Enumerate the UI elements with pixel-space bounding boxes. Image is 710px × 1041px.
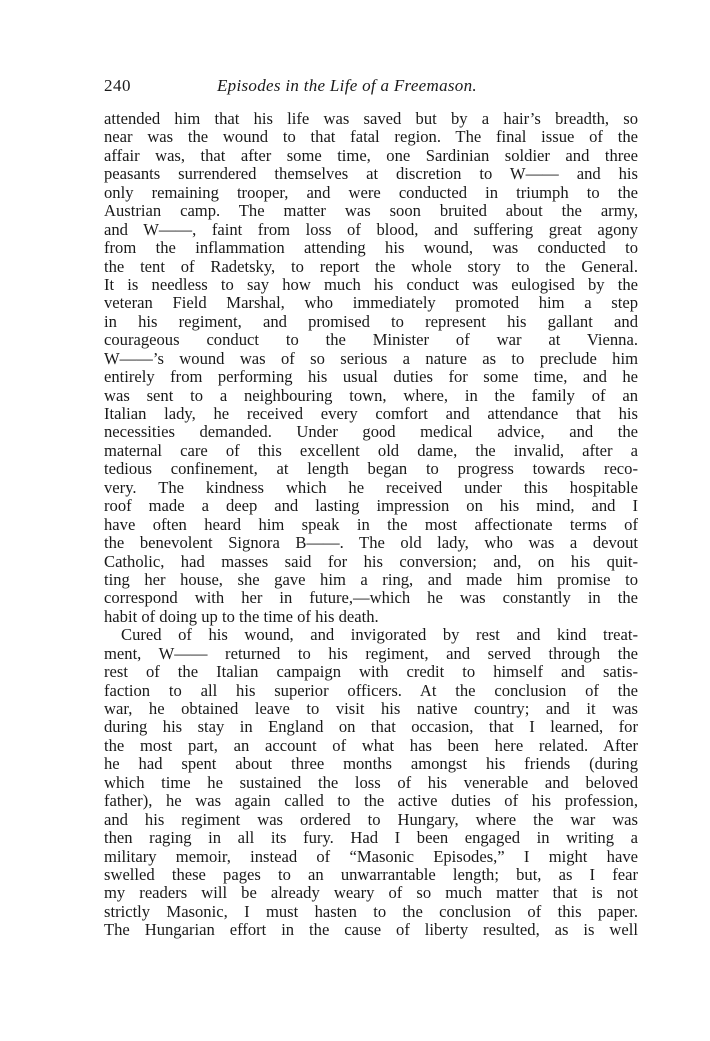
text-line: and his regiment was ordered to Hungary,… [104, 811, 638, 829]
text-line: affair was, that after some time, one Sa… [104, 147, 638, 165]
text-line: only remaining trooper, and were conduct… [104, 184, 638, 202]
text-line: was sent to a neighbouring town, where, … [104, 387, 638, 405]
text-line: military memoir, instead of “Masonic Epi… [104, 848, 638, 866]
page-number: 240 [104, 74, 131, 98]
text-line: It is needless to say how much his condu… [104, 276, 638, 294]
text-line: have often heard him speak in the most a… [104, 516, 638, 534]
text-line: veteran Field Marshal, who immediately p… [104, 294, 638, 312]
text-line: maternal care of this excellent old dame… [104, 442, 638, 460]
text-line: during his stay in England on that occas… [104, 718, 638, 736]
text-line: ment, W—— returned to his regiment, and … [104, 645, 638, 663]
text-line: from the inflammation attending his woun… [104, 239, 638, 257]
text-line: which time he sustained the loss of his … [104, 774, 638, 792]
body-text: attended him that his life was saved but… [104, 110, 638, 940]
text-line: correspond with her in future,—which he … [104, 589, 638, 607]
text-line: W——’s wound was of so serious a nature a… [104, 350, 638, 368]
text-line: father), he was again called to the acti… [104, 792, 638, 810]
text-line: Austrian camp. The matter was soon bruit… [104, 202, 638, 220]
text-line: the most part, an account of what has be… [104, 737, 638, 755]
text-line: the tent of Radetsky, to report the whol… [104, 258, 638, 276]
running-head: 240 Episodes in the Life of a Freemason. [104, 74, 638, 98]
paragraph-start-line: Cured of his wound, and invigorated by r… [104, 626, 638, 644]
text-line: faction to all his superior officers. At… [104, 682, 638, 700]
text-line: attended him that his life was saved but… [104, 110, 638, 128]
text-line: strictly Masonic, I must hasten to the c… [104, 903, 638, 921]
text-line: near was the wound to that fatal region.… [104, 128, 638, 146]
text-line: very. The kindness which he received und… [104, 479, 638, 497]
text-line: entirely from performing his usual dutie… [104, 368, 638, 386]
text-line: courageous conduct to the Minister of wa… [104, 331, 638, 349]
text-line: war, he obtained leave to visit his nati… [104, 700, 638, 718]
text-line: my readers will be already weary of so m… [104, 884, 638, 902]
paragraph-end-line: habit of doing up to the time of his dea… [104, 608, 638, 626]
text-line: ting her house, she gave him a ring, and… [104, 571, 638, 589]
text-line: tedious confinement, at length began to … [104, 460, 638, 478]
text-line: he had spent about three months amongst … [104, 755, 638, 773]
text-line: the benevolent Signora B——. The old lady… [104, 534, 638, 552]
book-page: 240 Episodes in the Life of a Freemason.… [0, 0, 710, 1041]
text-line: roof made a deep and lasting impression … [104, 497, 638, 515]
text-line: swelled these pages to an unwarrantable … [104, 866, 638, 884]
text-line: necessities demanded. Under good medical… [104, 423, 638, 441]
text-line: and W——, faint from loss of blood, and s… [104, 221, 638, 239]
text-line: Italian lady, he received every comfort … [104, 405, 638, 423]
text-line: Catholic, had masses said for his conver… [104, 553, 638, 571]
text-line: The Hungarian effort in the cause of lib… [104, 921, 638, 939]
text-line: rest of the Italian campaign with credit… [104, 663, 638, 681]
text-line: then raging in all its fury. Had I been … [104, 829, 638, 847]
text-line: in his regiment, and promised to represe… [104, 313, 638, 331]
text-line: peasants surrendered themselves at discr… [104, 165, 638, 183]
running-title: Episodes in the Life of a Freemason. [217, 74, 477, 98]
